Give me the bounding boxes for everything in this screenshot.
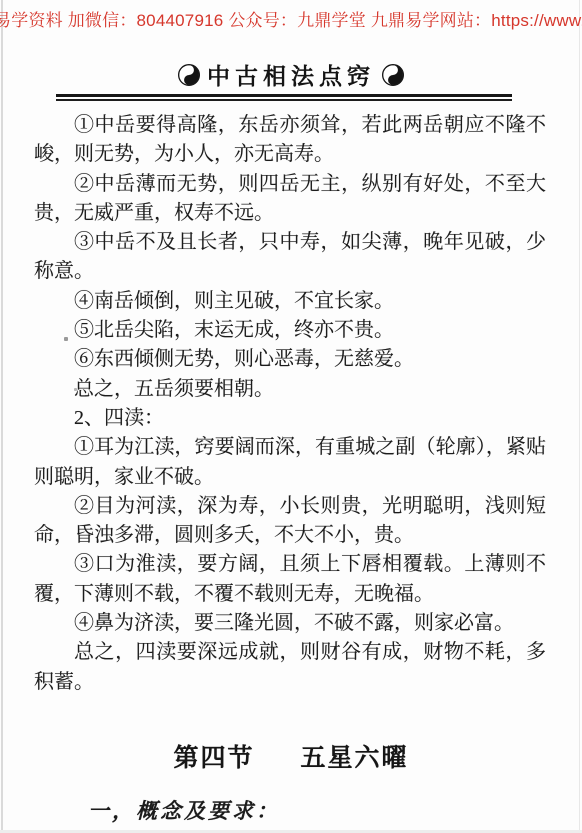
- book-title: 中古相法点窍: [207, 58, 375, 91]
- page-left-edge: [1, 0, 3, 833]
- section-title: 五星六曜: [301, 745, 409, 772]
- section-number: 第四节: [173, 745, 254, 772]
- watermark-header: 易学资料 加微信：804407916 公众号：九鼎学堂 九鼎易学网站：https…: [0, 6, 582, 31]
- body-paragraph: ③口为淮渎，要方阔，且须上下唇相覆载。上薄则不覆，下薄则不载，不覆不载则无寿，无…: [34, 550, 546, 609]
- body-text: ①中岳要得高隆，东岳亦须耸，若此两岳朝应不隆不峻，则无势，为小人，亦无高寿。 ②…: [34, 111, 546, 697]
- subsection-heading: 一，概念及要求：: [88, 795, 280, 825]
- body-paragraph: 总之，四渎要深远成就，则财谷有成，财物不耗，多积蓄。: [34, 638, 546, 697]
- body-paragraph: ①耳为江渎，窍要阔而深，有重城之副（轮廓），紧贴则聪明，家业不破。: [34, 433, 546, 492]
- book-title-bar: 中古相法点窍: [0, 58, 582, 91]
- body-paragraph: ②中岳薄而无势，则四岳无主，纵别有好处，不至大贵，无威严重，权寿不远。: [34, 170, 546, 229]
- scan-speck: [74, 388, 77, 391]
- section-heading: 第四节五星六曜: [0, 738, 582, 774]
- body-paragraph: ④南岳倾倒，则主见破，不宜长家。: [34, 287, 546, 316]
- body-paragraph: ①中岳要得高隆，东岳亦须耸，若此两岳朝应不隆不峻，则无势，为小人，亦无高寿。: [34, 111, 546, 170]
- title-divider-rule: [56, 94, 512, 101]
- body-paragraph: ②目为河渎，深为寿，小长则贵，光明聪明，浅则短命，昏浊多滞，圆则多夭，不大不小，…: [34, 492, 546, 551]
- body-paragraph: 总之，五岳须要相朝。: [34, 375, 546, 404]
- body-paragraph: ⑥东西倾侧无势，则心恶毒，无慈爱。: [34, 345, 546, 374]
- yin-yang-icon: [382, 64, 404, 86]
- body-paragraph: ④鼻为济渎，要三隆光圆，不破不露，则家必富。: [34, 609, 546, 638]
- yin-yang-icon: [178, 64, 200, 86]
- body-paragraph: 2、四渎：: [34, 404, 546, 433]
- scanned-book-page: 易学资料 加微信：804407916 公众号：九鼎学堂 九鼎易学网站：https…: [0, 0, 582, 833]
- page-right-edge: [579, 0, 580, 833]
- body-paragraph: ⑤北岳尖陷，末运无成，终亦不贵。: [34, 316, 546, 345]
- body-paragraph: ③中岳不及且长者，只中寿，如尖薄，晚年见破，少称意。: [34, 228, 546, 287]
- scan-speck: [64, 337, 68, 341]
